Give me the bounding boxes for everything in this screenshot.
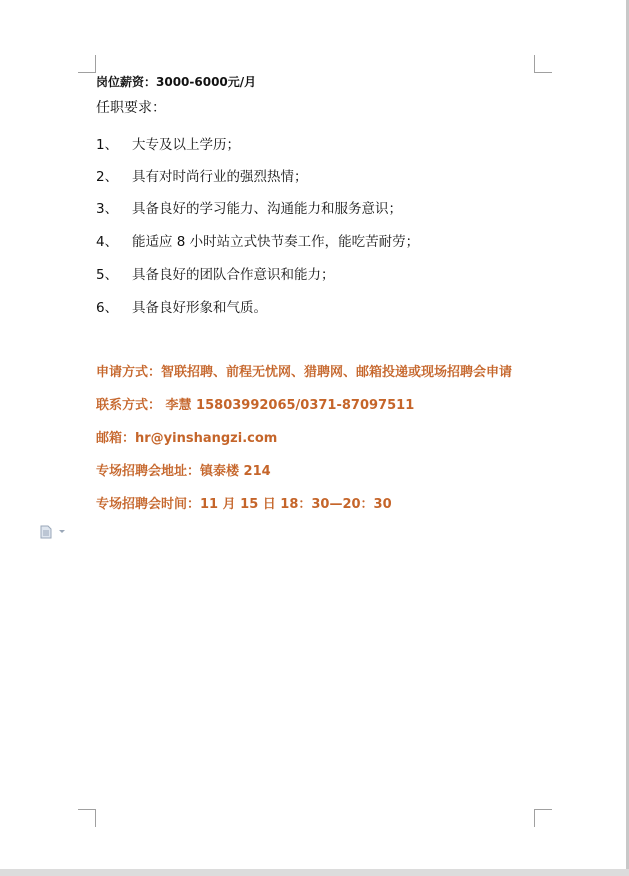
- salary-line: 岗位薪资：3000-6000元/月: [96, 73, 256, 90]
- requirement-item: 2、具有对时尚行业的强烈热情；: [96, 165, 308, 185]
- requirement-item: 5、具备良好的团队合作意识和能力；: [96, 263, 335, 283]
- requirement-item: 3、具备良好的学习能力、沟通能力和服务意识；: [96, 197, 402, 217]
- document-page: 岗位薪资：3000-6000元/月 任职要求： 1、大专及以上学历； 2、具有对…: [0, 0, 626, 869]
- requirements-title: 任职要求：: [96, 97, 166, 117]
- margin-corner-bottom-left: [78, 809, 96, 827]
- event-time: 专场招聘会时间：11 月 15 日 18：30—20：30: [96, 493, 392, 512]
- margin-corner-bottom-right: [534, 809, 552, 827]
- page-bottom-edge: [0, 869, 629, 876]
- chevron-down-icon[interactable]: [59, 530, 65, 533]
- contact-info: 联系方式： 李慧 15803992065/0371-87097511: [96, 394, 414, 413]
- margin-corner-top-left: [78, 55, 96, 73]
- apply-method: 申请方式：智联招聘、前程无忧网、猎聘网、邮箱投递或现场招聘会申请: [96, 361, 512, 380]
- requirement-item: 1、大专及以上学历；: [96, 133, 240, 153]
- requirement-item: 4、能适应 8 小时站立式快节奏工作，能吃苦耐劳；: [96, 230, 419, 250]
- requirement-item: 6、具备良好形象和气质。: [96, 296, 267, 316]
- venue-address: 专场招聘会地址：镇泰楼 214: [96, 460, 271, 479]
- document-paste-icon[interactable]: [40, 525, 52, 539]
- margin-corner-top-right: [534, 55, 552, 73]
- email-info: 邮箱：hr@yinshangzi.com: [96, 427, 277, 446]
